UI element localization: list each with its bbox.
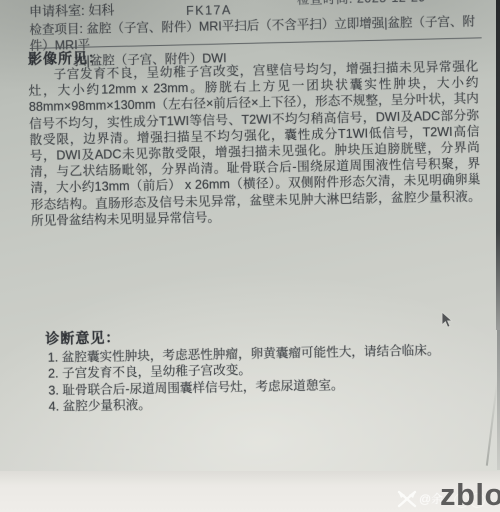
exam-time-label: 检查时间:	[297, 0, 353, 7]
mouse-cursor-icon	[441, 311, 454, 329]
diagnosis-items: 1. 盆腔囊实性肿块，考虑恶性肿瘤，卵黄囊瘤可能性大，请结合临床。 2. 子宫发…	[48, 341, 489, 415]
report-paper: 检查时间: 2025-12-29 申请科室: 妇科 FK17A 检查项目: 盆腔…	[0, 0, 500, 471]
dept-code: FK17A	[186, 2, 232, 19]
diagnosis-heading: 诊断意见：	[45, 329, 120, 347]
findings-paragraph: 子宫发育不良，呈幼稚子宫改变，宫壁信号均匀，增强扫描未见异常强化灶，大小约12m…	[28, 58, 481, 229]
dept-value: 妇科	[88, 2, 114, 17]
exam-item-label: 检查项目:	[29, 22, 83, 37]
watermark-brand: zblog	[440, 477, 500, 512]
exam-time-value: 2025-12-29	[357, 0, 426, 6]
report-photo: 检查时间: 2025-12-29 申请科室: 妇科 FK17A 检查项目: 盆腔…	[0, 0, 500, 512]
exam-time: 检查时间: 2025-12-29	[297, 0, 426, 8]
findings-heading: 影像所见：	[28, 50, 103, 68]
photo-right-edge	[496, 0, 500, 330]
dept-row: 申请科室: 妇科 FK17A	[29, 2, 115, 20]
watermark: @余 zblog	[396, 484, 500, 512]
dept-label: 申请科室:	[29, 3, 85, 19]
watermark-feather-logo-icon	[396, 489, 418, 509]
